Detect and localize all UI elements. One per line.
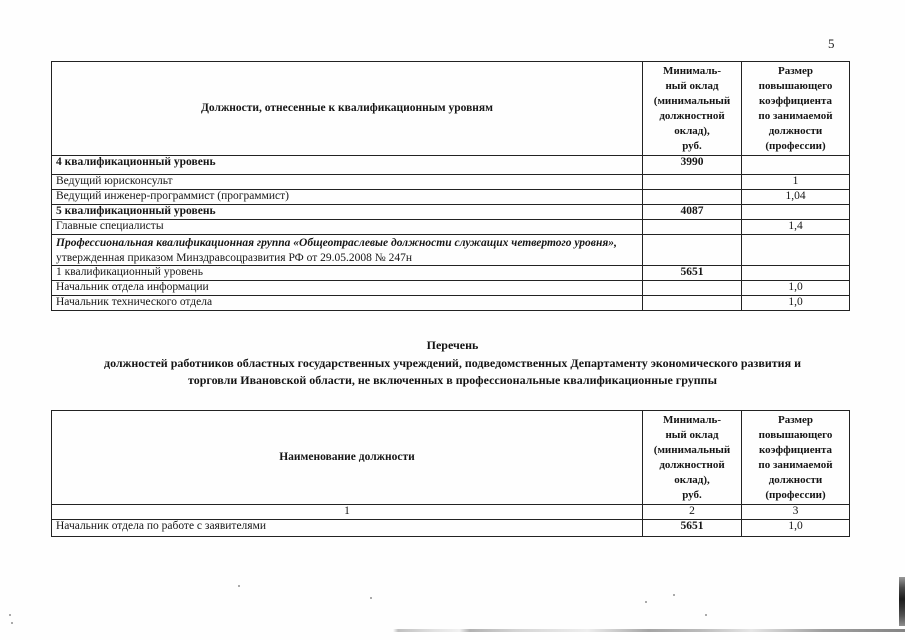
list-title-line2: должностей работников областных государс… bbox=[40, 355, 865, 373]
positions-list-table: Наименование должности Минималь- ный окл… bbox=[51, 410, 850, 537]
row-coeff bbox=[742, 205, 850, 220]
row-label: Ведущий инженер-программист (программист… bbox=[52, 190, 643, 205]
scan-smudge-line bbox=[393, 629, 905, 632]
row-salary bbox=[643, 175, 742, 190]
column-number: 1 bbox=[52, 505, 643, 520]
column-number: 2 bbox=[643, 505, 742, 520]
row-label: Начальник отдела информации bbox=[52, 281, 643, 296]
scan-speck bbox=[238, 585, 240, 587]
table-row: Начальник отдела по работе с заявителями… bbox=[52, 520, 850, 537]
column-number: 3 bbox=[742, 505, 850, 520]
row-salary bbox=[643, 190, 742, 205]
row-label: Начальник технического отдела bbox=[52, 296, 643, 311]
qualification-levels-table: Должности, отнесенные к квалификационным… bbox=[51, 61, 850, 311]
header-position-name: Наименование должности bbox=[52, 411, 643, 505]
header-coefficient: Размер повышающего коэффициента по заним… bbox=[742, 411, 850, 505]
row-label: Ведущий юрисконсульт bbox=[52, 175, 643, 190]
header-positions: Должности, отнесенные к квалификационным… bbox=[52, 62, 643, 156]
row-salary bbox=[643, 296, 742, 311]
scan-speck bbox=[705, 614, 707, 616]
row-label: Главные специалисты bbox=[52, 220, 643, 235]
table-header-row: Наименование должности Минималь- ный окл… bbox=[52, 411, 850, 505]
row-salary bbox=[643, 220, 742, 235]
list-title: Перечень должностей работников областных… bbox=[40, 337, 865, 390]
group-heading-row: Профессиональная квалификационная группа… bbox=[52, 235, 850, 266]
group-name: Профессиональная квалификационная группа… bbox=[56, 237, 617, 249]
row-label: Начальник отдела по работе с заявителями bbox=[52, 520, 643, 537]
row-coeff bbox=[742, 235, 850, 266]
row-coeff bbox=[742, 156, 850, 175]
table-row: Ведущий инженер-программист (программист… bbox=[52, 190, 850, 205]
row-coeff: 1 bbox=[742, 175, 850, 190]
scan-speck bbox=[370, 597, 372, 599]
scan-speck bbox=[9, 614, 11, 616]
table-header-row: Должности, отнесенные к квалификационным… bbox=[52, 62, 850, 156]
row-coeff: 1,0 bbox=[742, 520, 850, 537]
row-salary: 3990 bbox=[643, 156, 742, 175]
page-number: 5 bbox=[828, 36, 835, 52]
row-salary bbox=[643, 235, 742, 266]
table-row: 4 квалификационный уровень 3990 bbox=[52, 156, 850, 175]
row-coeff bbox=[742, 266, 850, 281]
table-row: Начальник отдела информации 1,0 bbox=[52, 281, 850, 296]
table-row: 1 квалификационный уровень 5651 bbox=[52, 266, 850, 281]
scan-speck bbox=[673, 594, 675, 596]
table-row: Главные специалисты 1,4 bbox=[52, 220, 850, 235]
row-label: 4 квалификационный уровень bbox=[52, 156, 643, 175]
column-number-row: 1 2 3 bbox=[52, 505, 850, 520]
scan-speck bbox=[11, 622, 13, 624]
row-coeff: 1,04 bbox=[742, 190, 850, 205]
row-salary: 5651 bbox=[643, 266, 742, 281]
row-salary: 4087 bbox=[643, 205, 742, 220]
row-label: 1 квалификационный уровень bbox=[52, 266, 643, 281]
row-salary bbox=[643, 281, 742, 296]
header-min-salary: Минималь- ный оклад (минимальный должнос… bbox=[643, 62, 742, 156]
row-coeff: 1,0 bbox=[742, 281, 850, 296]
scan-edge-mark bbox=[899, 577, 905, 626]
row-coeff: 1,4 bbox=[742, 220, 850, 235]
scan-speck bbox=[645, 601, 647, 603]
table-row: 5 квалификационный уровень 4087 bbox=[52, 205, 850, 220]
row-salary: 5651 bbox=[643, 520, 742, 537]
list-title-line1: Перечень bbox=[40, 337, 865, 355]
scanned-document-page: 5 Должности, отнесенные к квалификационн… bbox=[0, 0, 905, 640]
row-coeff: 1,0 bbox=[742, 296, 850, 311]
header-coefficient: Размер повышающего коэффициента по заним… bbox=[742, 62, 850, 156]
group-heading-cell: Профессиональная квалификационная группа… bbox=[52, 235, 643, 266]
group-order-ref: утвержденная приказом Минздравсоцразвити… bbox=[56, 252, 412, 264]
table-row: Ведущий юрисконсульт 1 bbox=[52, 175, 850, 190]
header-min-salary: Минималь- ный оклад (минимальный должнос… bbox=[643, 411, 742, 505]
table-row: Начальник технического отдела 1,0 bbox=[52, 296, 850, 311]
list-title-line3: торговли Ивановской области, не включенн… bbox=[40, 372, 865, 390]
row-label: 5 квалификационный уровень bbox=[52, 205, 643, 220]
